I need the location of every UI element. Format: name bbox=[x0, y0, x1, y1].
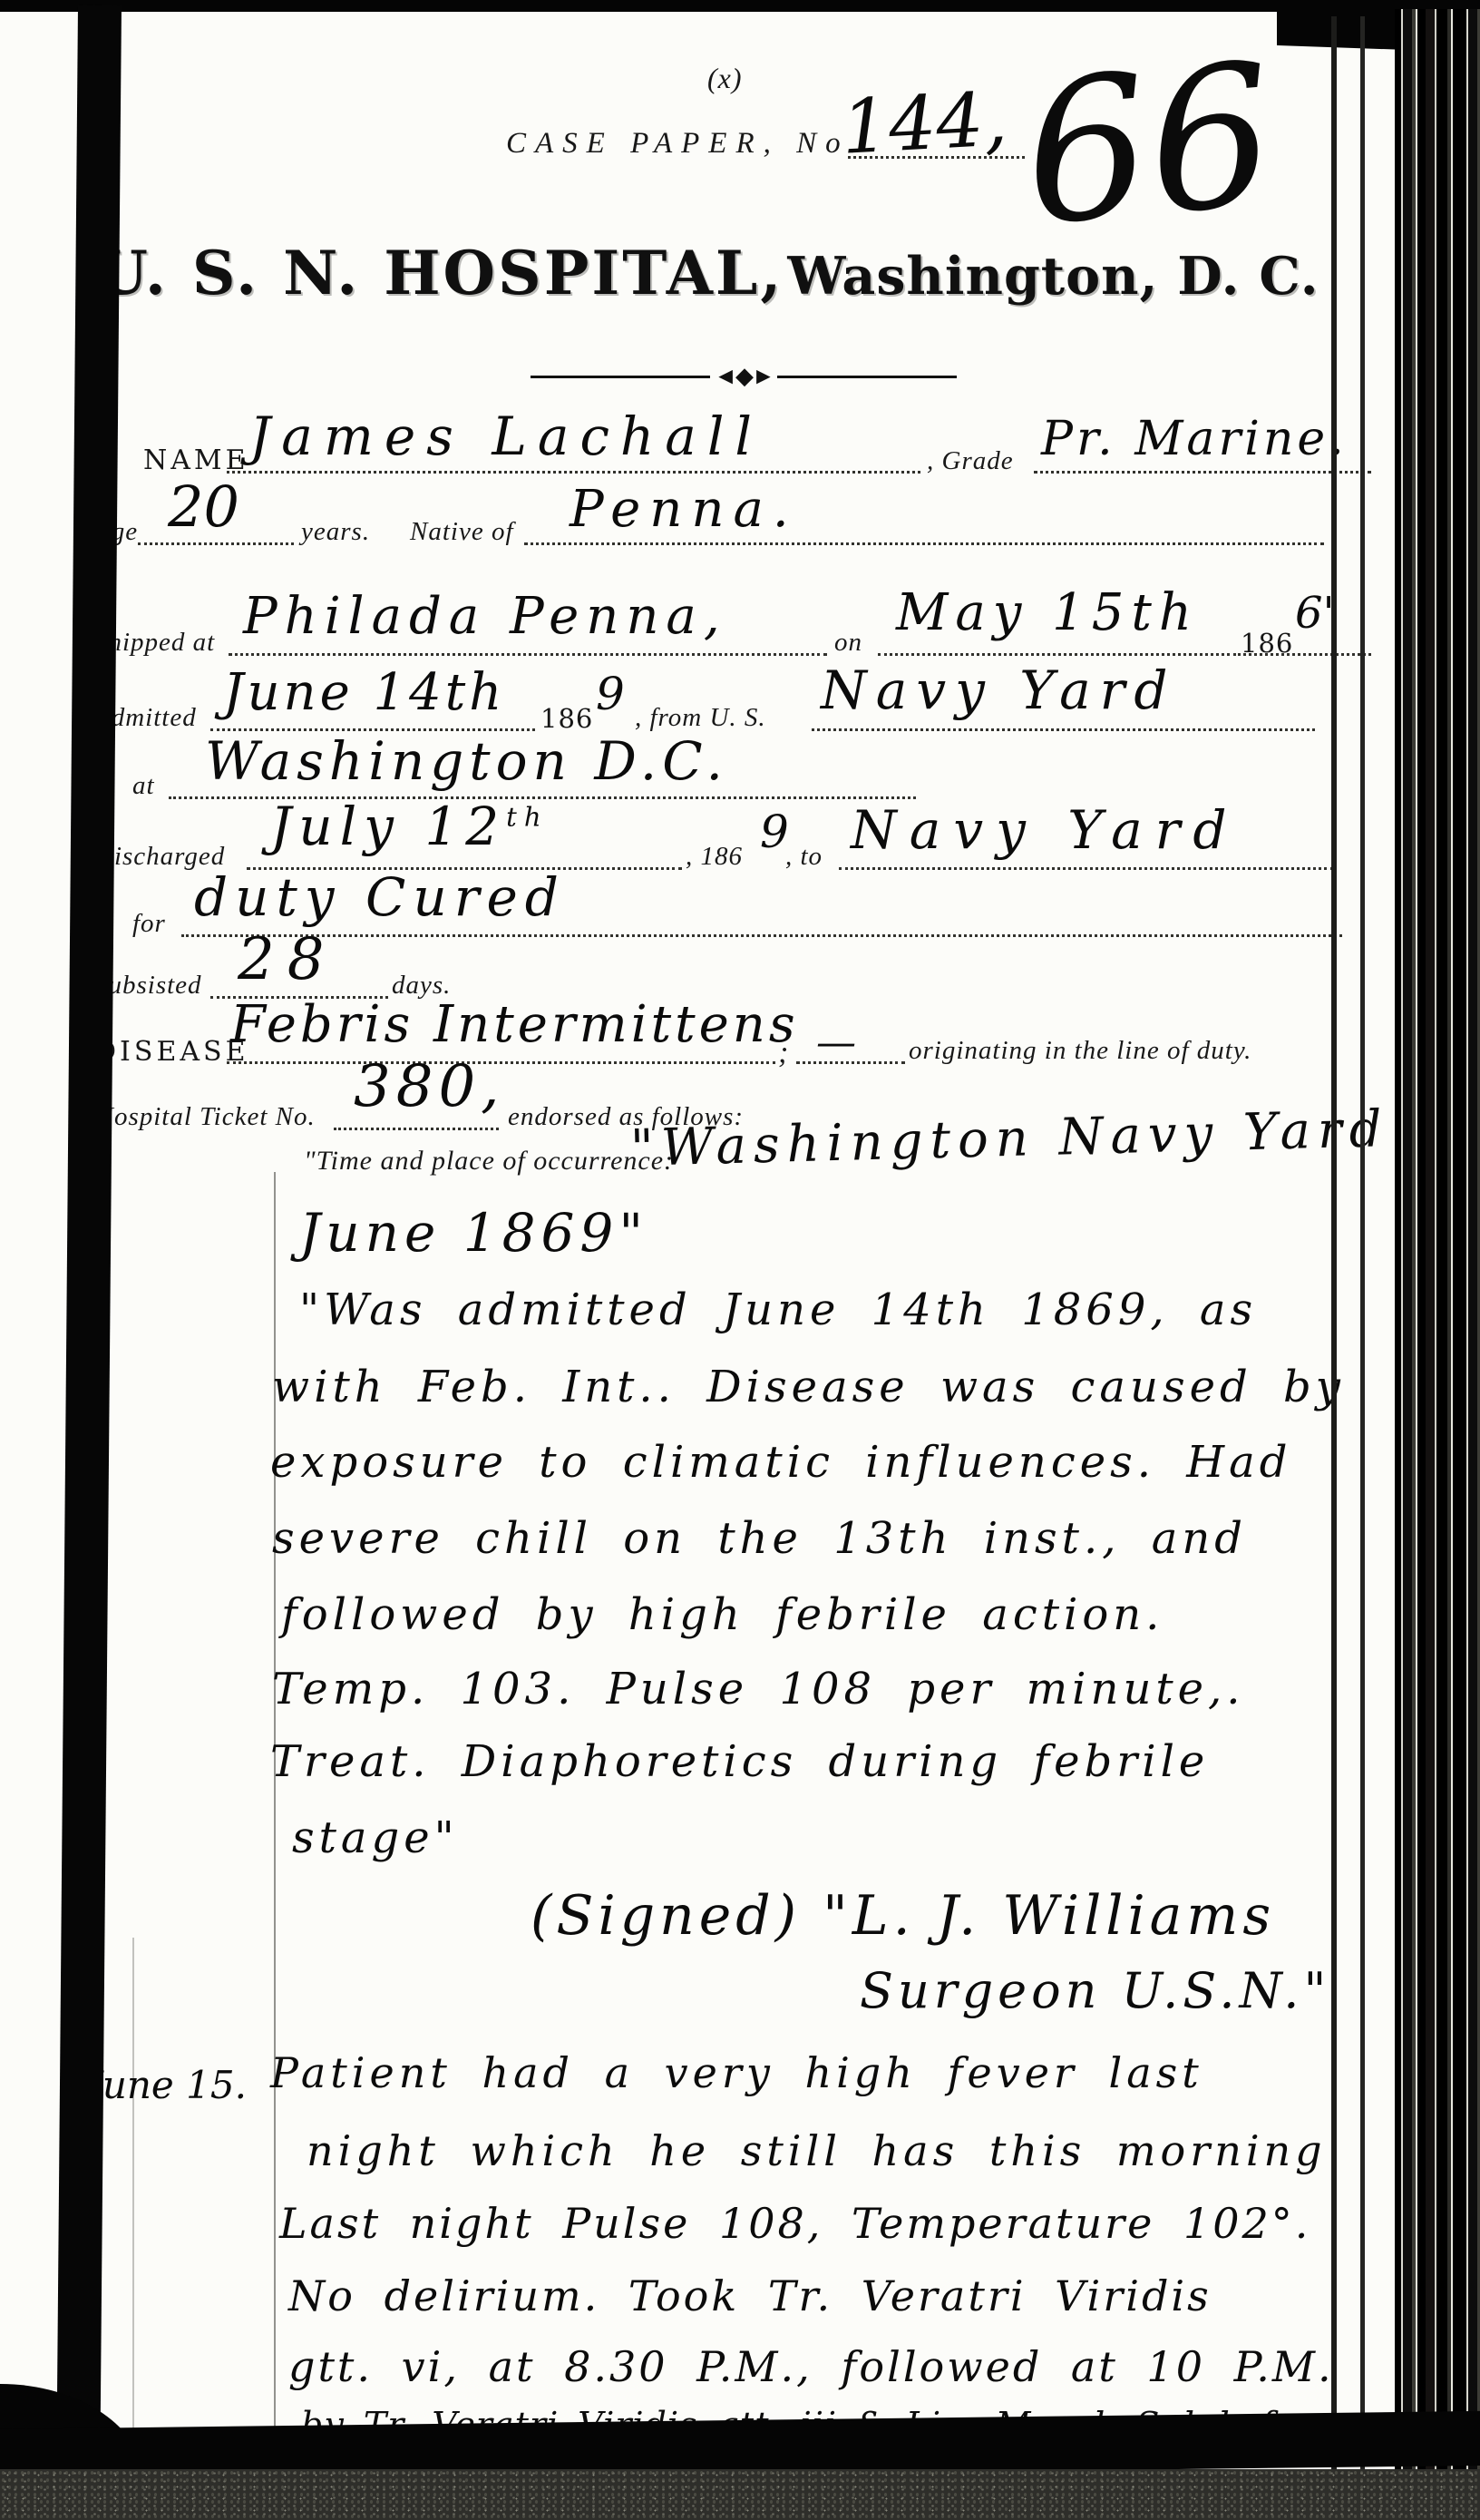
origin-dash-handwritten: — bbox=[816, 1023, 856, 1063]
entry-line: No delirium. Took Tr. Veratri Viridis bbox=[288, 2275, 1212, 2317]
hospital-location: Washington, D. C. bbox=[787, 246, 1319, 307]
case-paper-label: CASE PAPER, No. bbox=[506, 127, 866, 161]
discharged-date-main: July 12 bbox=[270, 796, 506, 857]
dotted-line-discharged-to bbox=[839, 867, 1333, 870]
subsisted-value: 28 bbox=[238, 931, 336, 989]
origin-label: originating in the line of duty. bbox=[909, 1036, 1251, 1066]
discharged-to-value: Navy Yard bbox=[851, 804, 1240, 856]
case-paper-page: (x) CASE PAPER, No. 144, 66 U. S. N. HOS… bbox=[0, 0, 1480, 2520]
dotted-line-admitted-from bbox=[812, 728, 1315, 731]
admitted-year-prefix: 186 bbox=[540, 703, 593, 734]
admitted-date-value: June 14th bbox=[223, 668, 505, 718]
dotted-line-native bbox=[524, 542, 1324, 545]
from-us-label: , from U. S. bbox=[635, 703, 766, 733]
note-body-line: with Feb. Int.. Disease was caused by bbox=[272, 1365, 1345, 1409]
dotted-line-case-number bbox=[848, 156, 1025, 159]
ticket-label: Hospital Ticket No. bbox=[94, 1102, 316, 1132]
entry-line: gtt. vi, at 8.30 P.M., followed at 10 P.… bbox=[288, 2346, 1334, 2388]
for-label: for bbox=[132, 909, 166, 939]
disease-semicolon: ; bbox=[778, 1036, 789, 1070]
discharged-year-label: , 186 bbox=[686, 842, 743, 872]
note-body-line: exposure to climatic influences. Had bbox=[270, 1441, 1291, 1484]
grade-value: Pr. Marine. bbox=[1041, 415, 1348, 463]
admitted-year-digit: 9 bbox=[596, 671, 625, 717]
corner-number-handwritten: 66 bbox=[1017, 36, 1280, 252]
dotted-line-shipped-date bbox=[878, 653, 1236, 656]
to-label: , to bbox=[785, 842, 823, 872]
native-of-label: Native of bbox=[410, 517, 514, 547]
at-value: Washington D.C. bbox=[205, 735, 728, 787]
margin-rule-left-faint bbox=[132, 1938, 134, 2442]
right-page-edges-stack bbox=[1395, 9, 1480, 2520]
note-body-line: Temp. 103. Pulse 108 per minute,. bbox=[272, 1667, 1245, 1711]
scan-top-edge bbox=[0, 0, 1480, 12]
age-value: 20 bbox=[168, 479, 239, 535]
occurrence-value-line2: June 1869" bbox=[299, 1206, 648, 1259]
hospital-title: U. S. N. HOSPITAL, bbox=[95, 238, 784, 308]
occurrence-value-line1: "Washington Navy Yard bbox=[629, 1104, 1389, 1175]
entry-line: Patient had a very high fever last bbox=[270, 2052, 1203, 2094]
disease-label: DISEASE bbox=[94, 1036, 248, 1068]
ticket-value: 380, bbox=[354, 1058, 505, 1116]
grade-label: , Grade bbox=[927, 446, 1014, 476]
shipped-value: Philada Penna, bbox=[243, 591, 727, 642]
years-label: years. bbox=[301, 517, 370, 547]
for-value: duty Cured bbox=[194, 871, 566, 923]
dotted-line-ticket bbox=[334, 1128, 499, 1130]
divider-diamond-ornament: ◄◆► bbox=[710, 365, 776, 388]
note-body-line: Treat. Diaphoretics during febrile bbox=[270, 1740, 1209, 1783]
entry-line: Last night Pulse 108, Temperature 102°. bbox=[279, 2203, 1310, 2244]
right-page-edge-lines bbox=[1313, 16, 1397, 2476]
disease-value: Febris Intermittens bbox=[230, 1000, 799, 1050]
entry-date: June 15. bbox=[87, 2066, 247, 2105]
surgeon-line: Surgeon U.S.N." bbox=[860, 1967, 1330, 2016]
entry-line: night which he still has this morning bbox=[307, 2130, 1327, 2172]
case-number-handwritten: 144, bbox=[840, 83, 1009, 165]
note-body-line: "Was admitted June 14th 1869, as bbox=[299, 1288, 1257, 1332]
admitted-from-value: Navy Yard bbox=[821, 664, 1177, 717]
name-value: James Lachall bbox=[249, 410, 763, 463]
occurrence-label: "Time and place of occurrence: bbox=[304, 1146, 674, 1177]
ornamental-divider: ◄◆► bbox=[531, 365, 957, 388]
page-marker: (x) bbox=[707, 62, 743, 95]
discharged-date-suffix: th bbox=[506, 802, 548, 833]
bottom-scan-noise bbox=[0, 2469, 1480, 2520]
on-label: on bbox=[834, 628, 862, 658]
native-value: Penna. bbox=[570, 484, 798, 535]
dotted-line-for bbox=[181, 934, 1342, 937]
note-body-line: stage" bbox=[292, 1816, 459, 1860]
hospital-header: U. S. N. HOSPITAL, Washington, D. C. bbox=[0, 238, 1415, 308]
shipped-date-value: May 15th bbox=[896, 588, 1199, 639]
dotted-line-shipped bbox=[229, 653, 827, 656]
divider-rule-right bbox=[777, 376, 957, 378]
note-body-line: followed by high febrile action. bbox=[281, 1593, 1164, 1636]
discharged-date-value: July 12th bbox=[270, 800, 549, 853]
at-label: at bbox=[132, 771, 155, 801]
signed-line: (Signed) "L. J. Williams bbox=[531, 1889, 1275, 1943]
dotted-line-name bbox=[227, 471, 920, 474]
divider-rule-left bbox=[531, 376, 710, 378]
dotted-line-age bbox=[138, 542, 294, 545]
note-body-line: severe chill on the 13th inst., and bbox=[272, 1517, 1247, 1560]
